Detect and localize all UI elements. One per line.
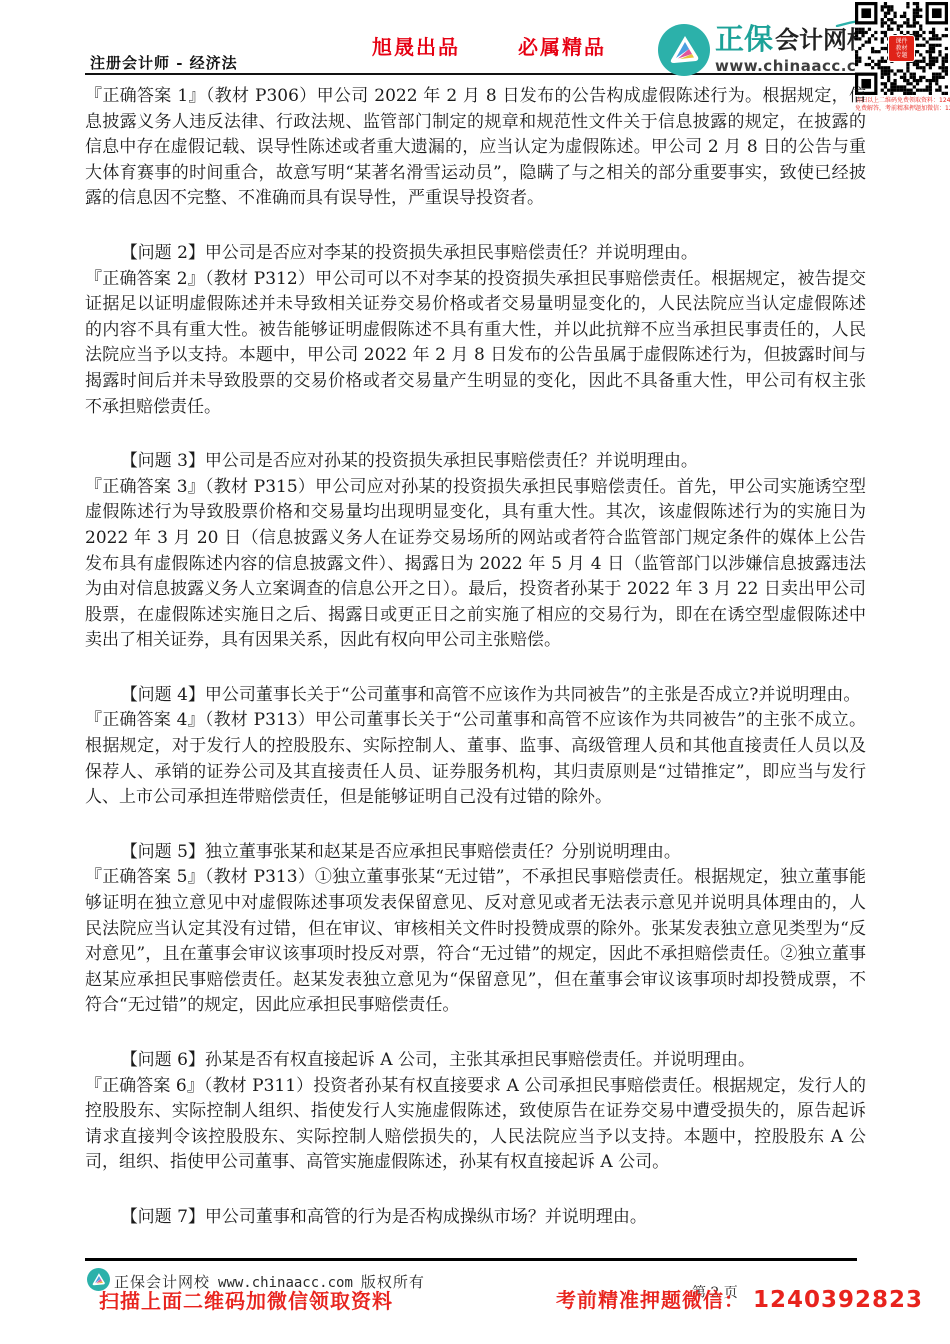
answer-paragraph: 『正确答案 1』（教材 P306）甲公司 2022 年 2 月 8 日发布的公告… (85, 84, 866, 212)
slogan-left: 旭晟出品 (372, 31, 460, 60)
question-line: 【问题 2】甲公司是否应对李某的投资损失承担民事赔偿责任？并说明理由。 (85, 241, 866, 267)
question-line: 【问题 4】甲公司董事长关于“公司董事和高管不应该作为共同被告”的主张是否成立?… (85, 683, 866, 709)
footer-wechat-note: 考前精准押题微信： 1240392823 (556, 1284, 923, 1313)
brand-block: 正保 会计网校 www.chinaacc.com (658, 22, 858, 80)
course-title: 注册会计师 - 经济法 (90, 52, 238, 73)
brand-name-primary: 正保 (715, 22, 773, 56)
answer-block-1: 『正确答案 1』（教材 P306）甲公司 2022 年 2 月 8 日发布的公告… (85, 84, 866, 212)
answer-paragraph: 『正确答案 6』（教材 P311）投资者孙某有权直接要求 A 公司承担民事赔偿责… (85, 1074, 866, 1176)
qa-block-7: 【问题 7】甲公司董事和高管的行为是否构成操纵市场？并说明理由。 (85, 1205, 866, 1231)
footer-divider (85, 1258, 857, 1261)
wechat-label: 考前精准押题微信： (556, 1284, 745, 1313)
qr-center-badge: 课件 教材 专题 (888, 35, 915, 62)
qr-captions: 请扫以上二维码免费领取资料：1240392823 免费解答，考前精准押题加微信：… (855, 97, 949, 112)
document-page: 旭晟出品 必属精品 注册会计师 - 经济法 正保 会计网校 (0, 0, 950, 1344)
slogan-right: 必属精品 (518, 31, 606, 60)
question-line: 【问题 5】独立董事张某和赵某是否应承担民事赔偿责任？分别说明理由。 (85, 840, 866, 866)
qa-block-6: 【问题 6】孙某是否有权直接起诉 A 公司，主张其承担民事赔偿责任。并说明理由。… (85, 1048, 866, 1176)
answer-paragraph: 『正确答案 2』（教材 P312）甲公司可以不对李某的投资损失承担民事赔偿责任。… (85, 267, 866, 421)
qa-block-3: 【问题 3】甲公司是否应对孙某的投资损失承担民事赔偿责任？并说明理由。 『正确答… (85, 449, 866, 654)
answer-paragraph: 『正确答案 5』（教材 P313）①独立董事张某“无过错”，不承担民事赔偿责任。… (85, 865, 866, 1019)
qa-block-5: 【问题 5】独立董事张某和赵某是否应承担民事赔偿责任？分别说明理由。 『正确答案… (85, 840, 866, 1019)
qr-caption-line2: 免费解答，考前精准押题加微信：1240392823 (855, 105, 949, 113)
question-line: 【问题 6】孙某是否有权直接起诉 A 公司，主张其承担民事赔偿责任。并说明理由。 (85, 1048, 866, 1074)
question-line: 【问题 3】甲公司是否应对孙某的投资损失承担民事赔偿责任？并说明理由。 (85, 449, 866, 475)
qa-block-4: 【问题 4】甲公司董事长关于“公司董事和高管不应该作为共同被告”的主张是否成立?… (85, 683, 866, 811)
footer-scan-note: 扫描上面二维码加微信领取资料 (99, 1285, 393, 1314)
qa-block-2: 【问题 2】甲公司是否应对李某的投资损失承担民事赔偿责任？并说明理由。 『正确答… (85, 241, 866, 420)
qr-code: 课件 教材 专题 (855, 2, 948, 95)
answer-paragraph: 『正确答案 3』（教材 P315）甲公司应对孙某的投资损失承担民事赔偿责任。首先… (85, 475, 866, 654)
wechat-number: 1240392823 (753, 1287, 923, 1313)
qr-caption-line1: 请扫以上二维码免费领取资料：1240392823 (855, 97, 949, 105)
question-line: 【问题 7】甲公司董事和高管的行为是否构成操纵市场？并说明理由。 (85, 1205, 866, 1231)
header-slogans: 旭晟出品 必属精品 (372, 31, 606, 60)
document-body: 『正确答案 1』（教材 P306）甲公司 2022 年 2 月 8 日发布的公告… (85, 84, 866, 1231)
brand-logo-icon (658, 24, 710, 80)
qr-block: 课件 教材 专题 请扫以上二维码免费领取资料：1240392823 免费解答，考… (855, 2, 949, 112)
answer-paragraph: 『正确答案 4』（教材 P313）甲公司董事长关于“公司董事和高管不应该作为共同… (85, 708, 866, 810)
